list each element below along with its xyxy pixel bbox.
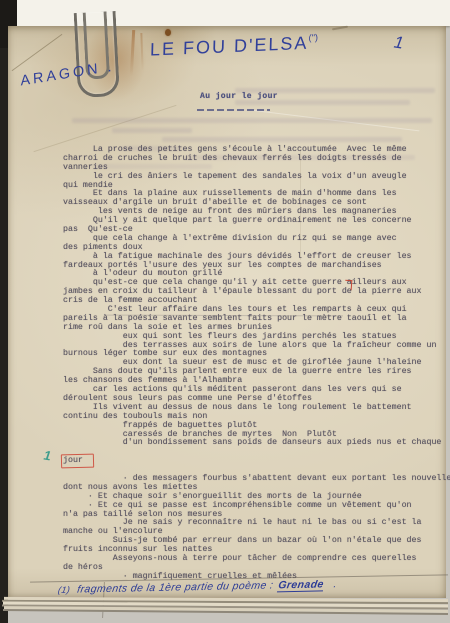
footnote-period: . xyxy=(333,578,338,590)
red-insertion-mark xyxy=(345,280,353,290)
typed-line xyxy=(63,448,450,457)
section-heading: Au jour le jour xyxy=(200,92,278,101)
scanner-dark-edge xyxy=(0,0,8,623)
ink-stain xyxy=(165,29,171,36)
typed-body: La prose des petites gens s'écoule à l'a… xyxy=(63,146,450,582)
paperclip xyxy=(72,17,122,99)
ghost-bleed-line xyxy=(72,118,432,123)
ghost-bleed-line xyxy=(112,128,192,133)
typed-line: jour xyxy=(63,457,450,466)
title-footnote-mark: ('') xyxy=(308,32,318,42)
footnote-marker: (1) xyxy=(57,585,71,595)
footnote-work-title: Grenade xyxy=(277,578,324,592)
red-box-annotation xyxy=(61,454,94,469)
typed-line: Asseyons-nous à terre pour tâcher de com… xyxy=(63,555,450,564)
heading-underline xyxy=(197,109,270,111)
scanned-manuscript-page: LE FOU D'ELSA('') 1 ARAGON . Au jour le … xyxy=(0,0,450,623)
ghost-bleed-line xyxy=(162,137,402,142)
typed-line: d'un bondissement sans poids de danseurs… xyxy=(63,439,450,448)
typed-line: charroi de cruches le bruit des chevaux … xyxy=(63,155,450,164)
typed-line: le cri des âniers le tapement des sandal… xyxy=(63,173,450,182)
